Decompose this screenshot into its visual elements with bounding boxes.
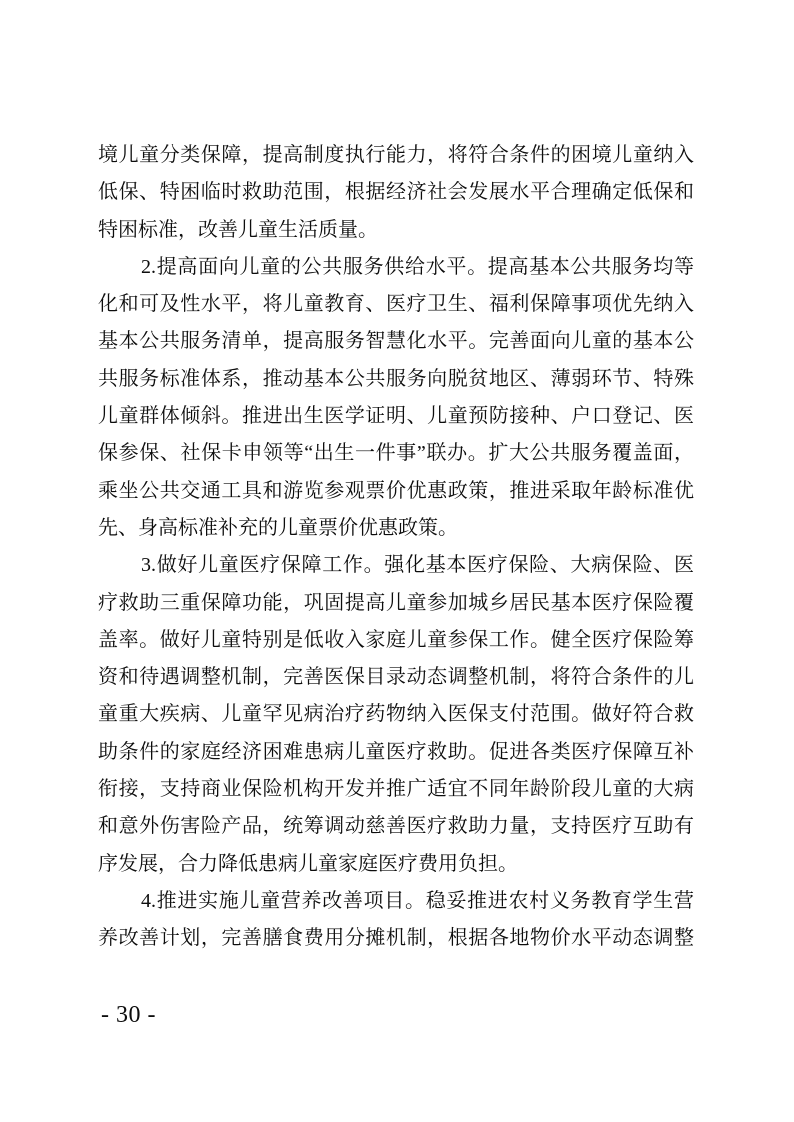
text-line: 养改善计划，完善膳食费用分摊机制，根据各地物价水平动态调整 (98, 920, 694, 957)
text-line: 盖率。做好儿童特别是低收入家庭儿童参保工作。健全医疗保险筹 (98, 622, 694, 659)
paragraph: 境儿童分类保障，提高制度执行能力，将符合条件的困境儿童纳入 低保、特困临时救助范… (98, 137, 694, 249)
text-line: 和意外伤害险产品，统筹调动慈善医疗救助力量，支持医疗互助有 (98, 808, 694, 845)
text-line: 2.提高面向儿童的公共服务供给水平。提高基本公共服务均等 (98, 249, 694, 286)
text-line: 疗救助三重保障功能，巩固提高儿童参加城乡居民基本医疗保险覆 (98, 585, 694, 622)
text-line: 共服务标准体系，推动基本公共服务向脱贫地区、薄弱环节、特殊 (98, 361, 694, 398)
text-line: 序发展，合力降低患病儿童家庭医疗费用负担。 (98, 846, 694, 883)
text-line: 先、身高标准补充的儿童票价优惠政策。 (98, 510, 694, 547)
text-line: 化和可及性水平，将儿童教育、医疗卫生、福利保障事项优先纳入 (98, 286, 694, 323)
text-line: 乘坐公共交通工具和游览参观票价优惠政策，推进采取年龄标准优 (98, 473, 694, 510)
text-line: 3.做好儿童医疗保障工作。强化基本医疗保险、大病保险、医 (98, 547, 694, 584)
page-number: - 30 - (101, 1002, 156, 1028)
text-line: 儿童群体倾斜。推进出生医学证明、儿童预防接种、户口登记、医 (98, 398, 694, 435)
paragraph: 3.做好儿童医疗保障工作。强化基本医疗保险、大病保险、医 疗救助三重保障功能，巩… (98, 547, 694, 883)
document-body: 境儿童分类保障，提高制度执行能力，将符合条件的困境儿童纳入 低保、特困临时救助范… (98, 137, 694, 958)
paragraph: 4.推进实施儿童营养改善项目。稳妥推进农村义务教育学生营 养改善计划，完善膳食费… (98, 883, 694, 958)
paragraph: 2.提高面向儿童的公共服务供给水平。提高基本公共服务均等 化和可及性水平，将儿童… (98, 249, 694, 547)
text-line: 资和待遇调整机制，完善医保目录动态调整机制，将符合条件的儿 (98, 659, 694, 696)
text-line: 基本公共服务清单，提高服务智慧化水平。完善面向儿童的基本公 (98, 323, 694, 360)
text-line: 低保、特困临时救助范围，根据经济社会发展水平合理确定低保和 (98, 174, 694, 211)
text-line: 保参保、社保卡申领等“出生一件事”联办。扩大公共服务覆盖面， (98, 435, 694, 472)
text-line: 衔接，支持商业保险机构开发并推广适宜不同年龄阶段儿童的大病 (98, 771, 694, 808)
document-page: 境儿童分类保障，提高制度执行能力，将符合条件的困境儿童纳入 低保、特困临时救助范… (0, 0, 794, 1122)
text-line: 助条件的家庭经济困难患病儿童医疗救助。促进各类医疗保障互补 (98, 734, 694, 771)
text-line: 特困标准，改善儿童生活质量。 (98, 212, 694, 249)
text-line: 境儿童分类保障，提高制度执行能力，将符合条件的困境儿童纳入 (98, 137, 694, 174)
text-line: 4.推进实施儿童营养改善项目。稳妥推进农村义务教育学生营 (98, 883, 694, 920)
text-line: 童重大疾病、儿童罕见病治疗药物纳入医保支付范围。做好符合救 (98, 696, 694, 733)
